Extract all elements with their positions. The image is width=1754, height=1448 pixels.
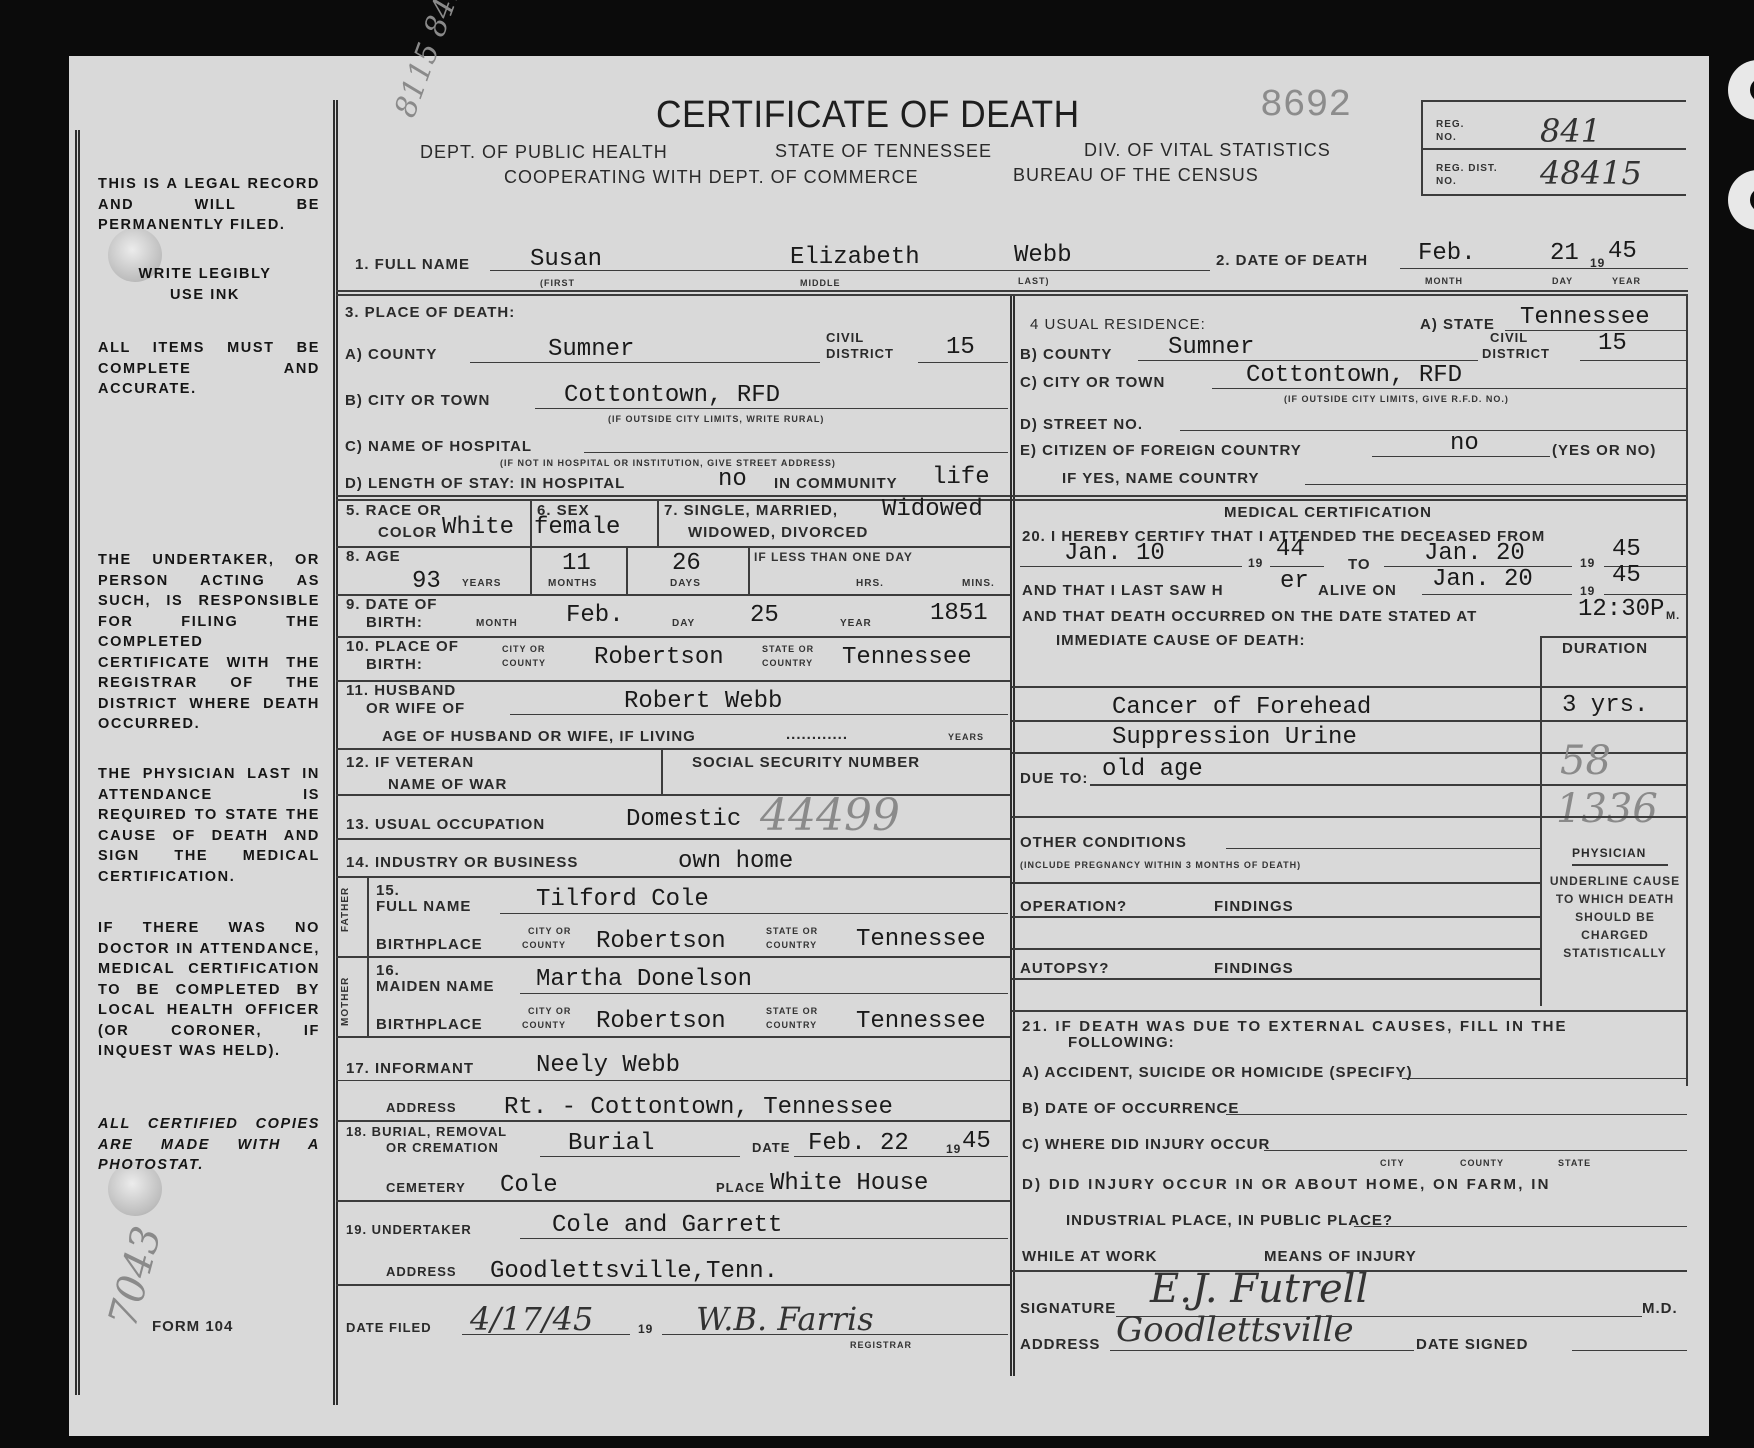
notice-photostat: ALL CERTIFIED COPIES ARE MADE WITH A PHO… (98, 1114, 320, 1176)
dob-month-caption: MONTH (476, 618, 518, 629)
last-saw-pronoun[interactable]: er (1280, 568, 1309, 595)
medical-heading: MEDICAL CERTIFICATION (1224, 504, 1432, 521)
rule-after-13 (336, 838, 1010, 840)
pob-state-caption-1: STATE OR (762, 644, 814, 654)
pob-label-2: BIRTH: (366, 656, 423, 673)
length-of-stay-label: D) LENGTH OF STAY: IN HOSPITAL (345, 475, 625, 492)
father-num: 15. (376, 882, 400, 899)
citizen-label: E) CITIZEN OF FOREIGN COUNTRY (1020, 442, 1302, 459)
external-causes-heading-2: FOLLOWING: (1068, 1034, 1175, 1051)
pob-state-caption-2: COUNTRY (762, 658, 813, 668)
city-town-label: B) CITY OR TOWN (345, 392, 490, 409)
due-to-value[interactable]: old age (1102, 756, 1203, 783)
death-district-value[interactable]: 15 (946, 334, 975, 361)
header-double-rule (336, 290, 1688, 296)
spouse-years-caption: YEARS (948, 732, 984, 742)
reg-no-label: REG. NO. (1436, 118, 1476, 144)
res-district-value[interactable]: 15 (1598, 330, 1627, 357)
district-label: DISTRICT (826, 346, 894, 361)
marital-label-1: 7. SINGLE, MARRIED, (664, 502, 838, 519)
age-months-value[interactable]: 11 (562, 550, 591, 577)
veteran-label-2: NAME OF WAR (388, 776, 507, 793)
from-year-underline (1270, 566, 1324, 567)
injury-place-underline (1354, 1226, 1687, 1227)
dob-year-value[interactable]: 1851 (930, 600, 988, 627)
from-year-prefix: 19 (1248, 556, 1263, 570)
accident-underline (1402, 1078, 1687, 1079)
external-causes-heading-1: 21. IF DEATH WAS DUE TO EXTERNAL CAUSES,… (1022, 1018, 1568, 1035)
immediate-cause-label: IMMEDIATE CAUSE OF DEATH: (1056, 632, 1305, 649)
death-time-value[interactable]: 12:30P (1578, 596, 1664, 623)
notice-undertaker: THE UNDERTAKER, OR PERSON ACTING AS SUCH… (98, 550, 320, 735)
binder-ring-bottom (1728, 170, 1754, 230)
physician-signature[interactable]: E.J. Futrell (1150, 1266, 1368, 1312)
disposition-year-value[interactable]: 45 (962, 1128, 991, 1155)
injury-where-underline (1264, 1150, 1687, 1151)
physician-address-label: ADDRESS (1020, 1336, 1100, 1353)
undertaker-label: 19. UNDERTAKER (346, 1222, 472, 1237)
hospital-note: (IF NOT IN HOSPITAL OR INSTITUTION, GIVE… (500, 458, 836, 468)
res-state-label: A) STATE (1420, 316, 1495, 333)
occupation-pencil-code: 44499 (760, 790, 900, 841)
cause-duration-value[interactable]: 3 yrs. (1562, 692, 1648, 719)
undertaker-address-value[interactable]: Goodlettsville,Tenn. (490, 1258, 778, 1285)
father-state-caption-2: COUNTRY (766, 940, 817, 950)
autopsy-label: AUTOPSY? (1020, 960, 1109, 977)
physician-address-underline (1110, 1350, 1414, 1351)
stay-hospital-value[interactable]: no (718, 466, 747, 493)
death-county-value[interactable]: Sumner (548, 336, 634, 363)
res-city-note: (IF OUTSIDE CITY LIMITS, GIVE R.F.D. NO.… (1284, 394, 1509, 404)
occupation-value[interactable]: Domestic (626, 806, 741, 833)
disposition-label-1: 18. BURIAL, REMOVAL (346, 1124, 507, 1139)
informant-address-label: ADDRESS (386, 1100, 457, 1115)
cause-2-value[interactable]: Suppression Urine (1112, 724, 1357, 751)
month-caption: MONTH (1425, 276, 1463, 286)
rule-after-11 (336, 748, 1010, 750)
undertaker-address-label: ADDRESS (386, 1264, 457, 1279)
to-year-prefix: 19 (1580, 556, 1595, 570)
right-edge-rule (1686, 296, 1688, 1086)
dob-year-caption: YEAR (840, 618, 872, 629)
registrar-signature[interactable]: W.B. Farris (696, 1300, 874, 1338)
dob-month-value[interactable]: Feb. (566, 602, 624, 629)
year-caption: YEAR (1612, 276, 1641, 286)
death-city-value[interactable]: Cottontown, RFD (564, 382, 780, 409)
mother-name-underline (520, 993, 1008, 994)
cause-1-value[interactable]: Cancer of Forehead (1112, 694, 1371, 721)
reg-dist-value: 48415 (1540, 154, 1642, 192)
due-to-label: DUE TO: (1020, 770, 1088, 787)
hrs-caption: HRS. (856, 578, 884, 589)
district-underline (918, 362, 1008, 363)
autopsy-rule (1012, 978, 1540, 980)
res-city-value[interactable]: Cottontown, RFD (1246, 362, 1462, 389)
notice-write-legibly: WRITE LEGIBLY USE INK (130, 264, 280, 305)
res-street-label: D) STREET NO. (1020, 416, 1143, 433)
res-city-label: C) CITY OR TOWN (1020, 374, 1165, 391)
rule-age-1 (530, 548, 532, 596)
injury-place-label-2: INDUSTRIAL PLACE, IN PUBLIC PLACE? (1066, 1212, 1393, 1229)
death-time-suffix: M. (1666, 610, 1680, 622)
signature-label: SIGNATURE (1020, 1300, 1116, 1317)
left-margin-rule (75, 130, 80, 1395)
pob-city-caption-1: CITY OR (502, 644, 545, 654)
hospital-underline (584, 452, 1008, 453)
city-note: (IF OUTSIDE CITY LIMITS, WRITE RURAL) (608, 414, 824, 424)
occurrence-date-label: B) DATE OF OCCURRENCE (1022, 1100, 1239, 1117)
industry-value[interactable]: own home (678, 848, 793, 875)
marital-value[interactable]: Widowed (882, 496, 983, 523)
to-label: TO (1348, 556, 1371, 573)
days-caption: DAYS (670, 578, 701, 589)
last-saw-label: AND THAT I LAST SAW H (1022, 582, 1224, 599)
age-years-value[interactable]: 93 (412, 568, 441, 595)
name-country-underline (1305, 484, 1687, 485)
ssn-label: SOCIAL SECURITY NUMBER (692, 754, 920, 771)
father-side-label: FATHER (340, 887, 351, 932)
middle-name-value[interactable]: Elizabeth (790, 244, 920, 271)
cause-rule-1 (1012, 686, 1687, 688)
physician-note: UNDERLINE CAUSE TO WHICH DEATH SHOULD BE… (1548, 872, 1682, 962)
binder-ring-top (1728, 60, 1754, 120)
death-month-value[interactable]: Feb. (1418, 240, 1476, 267)
to-year-value[interactable]: 45 (1612, 536, 1641, 563)
filed-year-prefix: 19 (638, 1322, 653, 1336)
last-caption: LAST) (1018, 276, 1050, 286)
disposition-value[interactable]: Burial (568, 1130, 654, 1157)
dob-day-caption: DAY (672, 618, 695, 629)
date-of-death-underline (1400, 268, 1688, 269)
last-saw-date-underline (1422, 594, 1572, 595)
mother-city-caption-1: CITY OR (528, 1006, 571, 1016)
last-saw-year-underline (1604, 594, 1687, 595)
spouse-age-dots: ............ (786, 726, 848, 743)
state-of-tennessee: STATE OF TENNESSEE (775, 141, 992, 162)
rule-age-2 (626, 548, 628, 596)
dob-label-1: 9. DATE OF (346, 596, 437, 613)
physician-note-underline (1572, 864, 1668, 866)
father-name-value[interactable]: Tilford Cole (536, 886, 709, 913)
full-name-label: 1. FULL NAME (355, 256, 470, 273)
duration-column-rule (1540, 636, 1542, 1006)
death-year-prefix: 19 (1590, 256, 1605, 270)
rule-after-15 (336, 956, 1010, 958)
from-date-value[interactable]: Jan. 10 (1064, 540, 1165, 567)
res-county-label: B) COUNTY (1020, 346, 1112, 363)
rule-6-7 (657, 500, 659, 548)
mins-caption: MINS. (962, 578, 995, 589)
mother-city-caption-2: COUNTY (522, 1020, 566, 1030)
res-civil-label: CIVIL (1490, 330, 1528, 345)
years-caption: YEARS (462, 578, 501, 589)
spouse-value[interactable]: Robert Webb (624, 688, 782, 715)
operation-findings-label: FINDINGS (1214, 898, 1294, 915)
first-name-value[interactable]: Susan (530, 246, 602, 273)
injury-city-caption: CITY (1380, 1158, 1405, 1168)
race-label-1: 5. RACE OR (346, 502, 442, 519)
mother-city-value[interactable]: Robertson (596, 1008, 726, 1035)
res-district-label: DISTRICT (1482, 346, 1550, 361)
operation-rule (1012, 916, 1540, 918)
marital-label-2: WIDOWED, DIVORCED (688, 524, 868, 541)
father-city-caption-1: CITY OR (528, 926, 571, 936)
injury-where-label: C) WHERE DID INJURY OCCUR (1022, 1136, 1270, 1153)
veteran-label-1: 12. IF VETERAN (346, 754, 474, 771)
notice-no-doctor: IF THERE WAS NO DOCTOR IN ATTENDANCE, ME… (98, 918, 320, 1062)
injury-county-caption: COUNTY (1460, 1158, 1504, 1168)
md-label: M.D. (1642, 1300, 1678, 1317)
to-date-value[interactable]: Jan. 20 (1424, 540, 1525, 567)
county-label: A) COUNTY (345, 346, 437, 363)
other-rule (1012, 882, 1540, 884)
disposition-date-label: DATE (752, 1140, 790, 1155)
cause-rule-5 (1012, 816, 1687, 818)
race-label-2: COLOR (378, 524, 437, 541)
other-conditions-underline (1226, 848, 1540, 849)
informant-label: 17. INFORMANT (346, 1060, 474, 1077)
undertaker-value[interactable]: Cole and Garrett (552, 1212, 782, 1239)
county-underline (470, 362, 820, 363)
first-caption: (FIRST (540, 278, 575, 288)
physician-note-title: PHYSICIAN (1572, 846, 1646, 860)
disposition-year-prefix: 19 (946, 1142, 961, 1156)
mother-state-value[interactable]: Tennessee (856, 1008, 986, 1035)
middle-caption: MIDDLE (800, 278, 841, 288)
reg-box-top (1421, 100, 1686, 102)
rule-after-19 (336, 1284, 1010, 1286)
father-city-value[interactable]: Robertson (596, 928, 726, 955)
citizen-value[interactable]: no (1450, 430, 1479, 457)
form-number: FORM 104 (152, 1318, 233, 1335)
pencil-code-2: 1336 (1556, 786, 1658, 832)
months-caption: MONTHS (548, 578, 597, 589)
father-birthplace-label: BIRTHPLACE (376, 936, 483, 953)
column-divider (1010, 296, 1015, 1376)
registrar-caption: REGISTRAR (850, 1340, 912, 1350)
place-label: PLACE (716, 1180, 765, 1195)
occupation-label: 13. USUAL OCCUPATION (346, 816, 545, 833)
date-of-death-label: 2. DATE OF DEATH (1216, 252, 1368, 269)
autopsy-findings-label: FINDINGS (1214, 960, 1294, 977)
res-street-underline (1180, 430, 1687, 431)
race-value[interactable]: White (442, 514, 514, 541)
reg-no-value: 841 (1540, 112, 1601, 150)
stamp-number: 8692 (1260, 84, 1351, 127)
mother-num: 16. (376, 962, 400, 979)
division-vital-statistics: DIV. OF VITAL STATISTICS (1084, 140, 1331, 161)
while-at-work-label: WHILE AT WORK (1022, 1248, 1157, 1265)
operation-rule-2 (1012, 948, 1540, 950)
alive-on-label: ALIVE ON (1318, 582, 1397, 599)
death-day-value[interactable]: 21 (1550, 240, 1579, 267)
in-community-label: IN COMMUNITY (774, 475, 898, 492)
place-of-death-label: 3. PLACE OF DEATH: (345, 304, 515, 321)
pencil-code-1: 58 (1560, 738, 1611, 784)
rule-after-7 (336, 546, 1010, 548)
rule-after-14 (336, 876, 1010, 878)
rule-after-4 (1012, 495, 1688, 501)
mother-name-label: MAIDEN NAME (376, 978, 495, 995)
hospital-label: C) NAME OF HOSPITAL (345, 438, 532, 455)
age-label: 8. AGE (346, 548, 401, 565)
sex-value[interactable]: female (534, 514, 620, 541)
mother-state-caption-1: STATE OR (766, 1006, 818, 1016)
father-state-caption-1: STATE OR (766, 926, 818, 936)
rule-12-ssn (661, 750, 663, 794)
rule-5-6 (530, 500, 532, 548)
dob-day-value[interactable]: 25 (750, 602, 779, 629)
pob-city-value[interactable]: Robertson (594, 644, 724, 671)
cemetery-label: CEMETERY (386, 1180, 466, 1195)
informant-value[interactable]: Neely Webb (536, 1052, 680, 1079)
res-district-underline (1580, 360, 1687, 361)
occurrence-date-underline (1226, 1114, 1687, 1115)
rule-after-17 (336, 1120, 1010, 1122)
less-than-day-label: IF LESS THAN ONE DAY (754, 550, 913, 564)
notice-all-items: ALL ITEMS MUST BE COMPLETE AND ACCURATE. (98, 338, 320, 400)
spouse-age-label: AGE OF HUSBAND OR WIFE, IF LIVING (382, 728, 696, 745)
res-state-value[interactable]: Tennessee (1520, 304, 1650, 331)
rule-before-21 (1012, 1010, 1687, 1012)
date-filed-label: DATE FILED (346, 1320, 432, 1335)
age-days-value[interactable]: 26 (672, 550, 701, 577)
death-year-value[interactable]: 45 (1608, 238, 1637, 265)
dept-public-health: DEPT. OF PUBLIC HEALTH (420, 142, 668, 163)
other-conditions-label: OTHER CONDITIONS (1020, 834, 1187, 851)
spouse-label-2: OR WIFE OF (366, 700, 465, 717)
cause-rule-2 (1012, 720, 1687, 722)
means-of-injury-label: MEANS OF INJURY (1264, 1248, 1417, 1265)
date-filed-value[interactable]: 4/17/45 (470, 1300, 593, 1338)
spouse-label-1: 11. HUSBAND (346, 682, 456, 699)
informant-underline (336, 1080, 1010, 1081)
reg-dist-label: REG. DIST. NO. (1436, 162, 1516, 188)
name-country-label: IF YES, NAME COUNTRY (1062, 470, 1260, 487)
notice-legal-record: THIS IS A LEGAL RECORD AND WILL BE PERMA… (98, 174, 320, 236)
bureau-of-census: BUREAU OF THE CENSUS (1013, 165, 1259, 186)
mother-birthplace-label: BIRTHPLACE (376, 1016, 483, 1033)
res-county-value[interactable]: Sumner (1168, 334, 1254, 361)
day-caption: DAY (1552, 276, 1573, 286)
physician-address-value[interactable]: Goodlettsville (1116, 1310, 1354, 1350)
industry-label: 14. INDUSTRY OR BUSINESS (346, 854, 578, 871)
father-name-underline (500, 913, 1008, 914)
duration-label: DURATION (1562, 640, 1648, 657)
rule-after-18 (336, 1200, 1010, 1202)
rule-age-3 (748, 548, 750, 596)
civil-label: CIVIL (826, 330, 864, 345)
pob-city-caption-2: COUNTY (502, 658, 546, 668)
informant-address-value[interactable]: Rt. - Cottontown, Tennessee (504, 1094, 893, 1121)
mother-side-label: MOTHER (340, 977, 351, 1026)
father-city-caption-2: COUNTY (522, 940, 566, 950)
rule-after-16 (336, 1036, 1010, 1038)
last-saw-year-value[interactable]: 45 (1612, 562, 1641, 589)
cooperating-dept-commerce: COOPERATING WITH DEPT. OF COMMERCE (504, 167, 919, 188)
cemetery-value[interactable]: Cole (500, 1172, 558, 1199)
notice-physician: THE PHYSICIAN LAST IN ATTENDANCE IS REQU… (98, 764, 320, 887)
pob-state-value[interactable]: Tennessee (842, 644, 972, 671)
date-signed-underline (1572, 1350, 1687, 1351)
stay-community-value[interactable]: life (932, 464, 990, 491)
pob-label-1: 10. PLACE OF (346, 638, 459, 655)
other-conditions-note: (INCLUDE PREGNANCY WITHIN 3 MONTHS OF DE… (1020, 860, 1301, 870)
death-time-label: AND THAT DEATH OCCURRED ON THE DATE STAT… (1022, 608, 1477, 625)
last-name-value[interactable]: Webb (1014, 242, 1072, 269)
disposition-label-2: OR CREMATION (386, 1140, 499, 1155)
duration-top-rule (1540, 636, 1687, 638)
injury-place-label-1: D) DID INJURY OCCUR IN OR ABOUT HOME, ON… (1022, 1176, 1551, 1193)
rule-after-12 (336, 794, 1010, 796)
dob-label-2: BIRTH: (366, 614, 423, 631)
mother-state-caption-2: COUNTRY (766, 1020, 817, 1030)
from-year-value[interactable]: 44 (1276, 536, 1305, 563)
father-state-value[interactable]: Tennessee (856, 926, 986, 953)
place-value[interactable]: White House (770, 1170, 928, 1197)
usual-residence-label: 4 USUAL RESIDENCE: (1030, 316, 1206, 333)
operation-label: OPERATION? (1020, 898, 1127, 915)
mother-name-value[interactable]: Martha Donelson (536, 966, 752, 993)
father-name-label: FULL NAME (376, 898, 471, 915)
disposition-date-value[interactable]: Feb. 22 (808, 1130, 909, 1157)
reg-box-bottom (1421, 194, 1686, 196)
date-signed-label: DATE SIGNED (1416, 1336, 1528, 1353)
yes-no-label: (YES OR NO) (1552, 442, 1656, 459)
last-saw-date-value[interactable]: Jan. 20 (1432, 566, 1533, 593)
accident-label: A) ACCIDENT, SUICIDE OR HOMICIDE (SPECIF… (1022, 1064, 1413, 1081)
injury-state-caption: STATE (1558, 1158, 1591, 1168)
page-title: CERTIFICATE OF DEATH (656, 94, 1080, 137)
